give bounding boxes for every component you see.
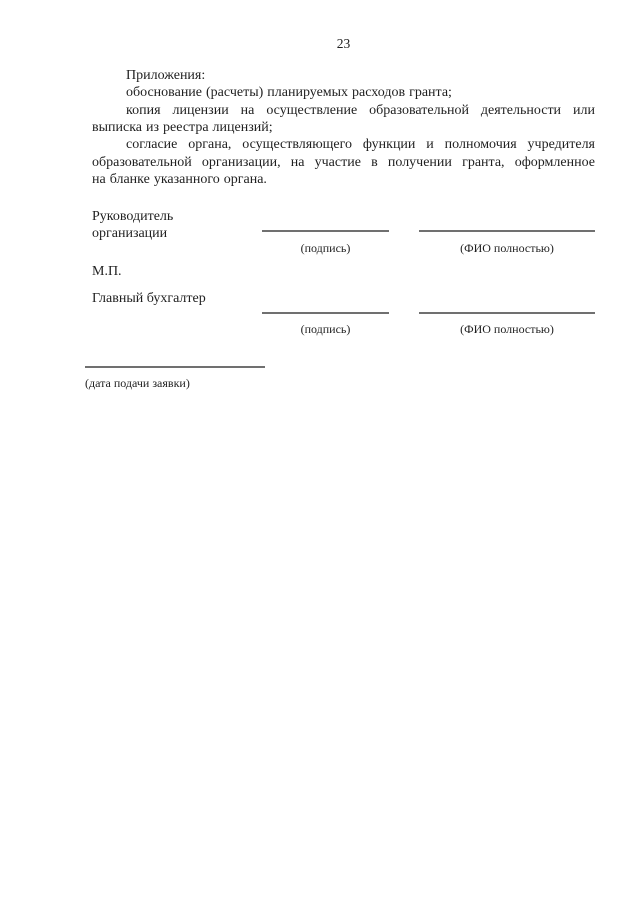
attachment-item-consent-line1: согласие органа, осуществляющего функции… [92, 136, 595, 153]
head-fullname-line [419, 230, 595, 232]
chief-accountant-title: Главный бухгалтер [92, 290, 206, 307]
accountant-signature-line [262, 312, 389, 314]
attachments-section: Приложения: обоснование (расчеты) планир… [92, 67, 595, 188]
application-date-caption: (дата подачи заявки) [85, 376, 265, 390]
head-signature-line [262, 230, 389, 232]
head-signature-caption: (подпись) [262, 241, 389, 255]
attachment-item-license-line1: копия лицензии на осуществление образова… [92, 102, 595, 119]
accountant-fullname-line [419, 312, 595, 314]
accountant-signature-caption: (подпись) [262, 322, 389, 336]
head-of-organization-title-line1: Руководитель [92, 208, 173, 225]
attachments-heading: Приложения: [92, 67, 595, 84]
head-fullname-caption: (ФИО полностью) [419, 241, 595, 255]
document-page: 23 Приложения: обоснование (расчеты) пла… [0, 0, 640, 905]
seal-abbreviation: М.П. [92, 263, 122, 280]
accountant-fullname-caption: (ФИО полностью) [419, 322, 595, 336]
attachment-item-consent-line2: образовательной организации, на участие … [92, 154, 595, 171]
page-number: 23 [92, 36, 595, 52]
application-date-line [85, 366, 265, 368]
attachment-item-consent-line3: на бланке указанного органа. [92, 171, 595, 188]
attachment-item-justification: обоснование (расчеты) планируемых расход… [92, 84, 595, 101]
head-of-organization-title-line2: организации [92, 225, 167, 242]
attachment-item-license-line2: выписка из реестра лицензий; [92, 119, 595, 136]
